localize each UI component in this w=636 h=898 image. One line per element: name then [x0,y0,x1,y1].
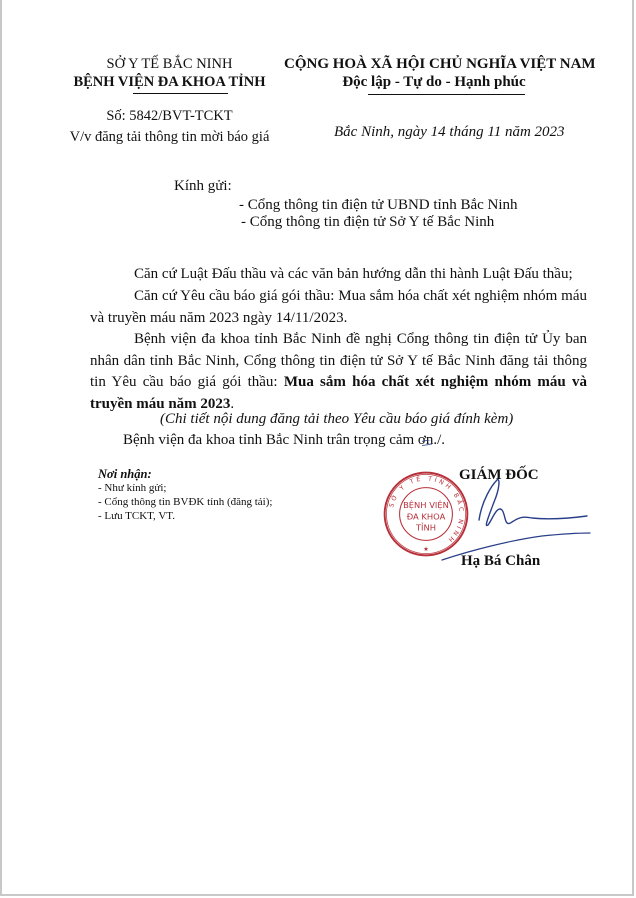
document-page: SỞ Y TẾ BẮC NINH BỆNH VIỆN ĐA KHOA TỈNH … [0,0,634,896]
body-paragraph-2: Căn cứ Yêu cầu báo giá gói thầu: Mua sắm… [90,286,587,329]
body-paragraph-1: Căn cứ Luật Đấu thầu và các văn bản hướn… [90,264,587,286]
signer-name: Hạ Bá Chân [461,553,540,570]
organization-name: BỆNH VIỆN ĐA KHOA TỈNH [62,74,277,91]
place-date: Bắc Ninh, ngày 14 tháng 11 năm 2023 [334,124,565,141]
recipient-item: - Như kính gửi; [98,481,272,495]
motto: Độc lập - Tự do - Hạnh phúc [284,74,584,91]
nation-title: CỘNG HOÀ XÃ HỘI CHỦ NGHĨA VIỆT NAM [284,56,584,73]
organization-underline [133,93,228,94]
addressee-label: Kính gửi: [174,178,232,195]
body-paragraph-3: Bệnh viện đa khoa tỉnh Bắc Ninh đề nghị … [90,329,587,415]
agency-name: SỞ Y TẾ BẮC NINH [62,56,277,73]
motto-underline [368,94,525,95]
document-number: Số: 5842/BVT-TCKT [62,108,277,125]
body-paragraph-3-end: . [230,396,234,412]
recipients-block: Nơi nhận: - Như kính gửi; - Cổng thông t… [98,467,272,523]
document-subject: V/v đăng tải thông tin mời báo giá [62,129,277,146]
recipients-title: Nơi nhận: [98,467,272,481]
signature-scribble-icon [422,440,592,570]
attachment-note: (Chi tiết nội dung đăng tải theo Yêu cầu… [160,411,513,428]
recipient-item: - Cổng thông tin BVĐK tỉnh (đăng tải); [98,495,272,509]
addressee-item: - Cổng thông tin điện tử UBND tỉnh Bắc N… [239,197,518,214]
closing-line: Bệnh viện đa khoa tỉnh Bắc Ninh trân trọ… [123,432,445,449]
addressee-item: - Cổng thông tin điện tử Sở Y tế Bắc Nin… [241,214,494,231]
recipient-item: - Lưu TCKT, VT. [98,509,272,523]
